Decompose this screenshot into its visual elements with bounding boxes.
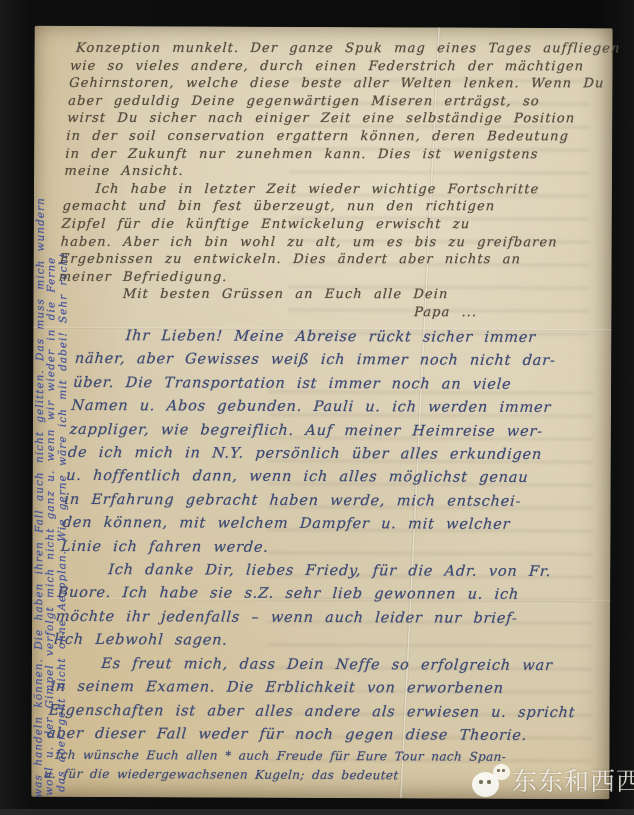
- letter-line: aber geduldig Deine gegenwärtigen Misere…: [68, 93, 614, 111]
- letter-line: in der soil conservation ergattern könne…: [66, 128, 612, 146]
- letter-line: haben. Aber ich bin wohl zu alt, um es b…: [60, 233, 606, 251]
- letter-line: lich Lebwohl sagen.: [53, 629, 615, 655]
- letter-line: Gehirnstoren, welche diese beste aller W…: [69, 75, 615, 93]
- letter-line: Linie ich fahren werde.: [60, 536, 622, 562]
- letter-line: u. hoffentlich dann, wenn ich alles mögl…: [65, 465, 627, 491]
- scanned-letter-page: das aber geht nicht ohne Aeroplan. Wie g…: [0, 0, 634, 815]
- letter-line: Zipfel für die künftige Entwickelung erw…: [61, 216, 607, 234]
- letter-line: in Erfahrung gebracht haben werde, mich …: [64, 489, 626, 515]
- letter-line: Ihr Lieben! Meine Abreise rückt sicher i…: [76, 325, 634, 351]
- letter-line: wie so vieles andere, durch einen Feders…: [70, 57, 616, 75]
- letter-line: Ich habe in letzter Zeit wieder wichtige…: [63, 181, 609, 199]
- scan-bottom-band: [0, 809, 634, 815]
- letter-line: de ich mich in N.Y. persönlich über alle…: [67, 442, 629, 468]
- letter-line: aber dieser Fall weder für noch gegen di…: [46, 723, 608, 749]
- letter-line: in seinem Examen. Die Erblichkeit von er…: [50, 676, 612, 702]
- letter-paper: das aber geht nicht ohne Aeroplan. Wie g…: [31, 26, 612, 800]
- watermark-text: 东东和西西: [512, 769, 634, 794]
- letter-bottom-blue-ink: Ihr Lieben! Meine Abreise rückt sicher i…: [43, 325, 634, 787]
- letter-line: möchte ihr jedenfalls – wenn auch leider…: [55, 606, 617, 632]
- letter-line: Ich danke Dir, liebes Friedy, für die Ad…: [58, 559, 620, 585]
- letter-line: meiner Befriedigung.: [58, 269, 604, 287]
- letter-line: in der Zukunft nur zunehmen kann. Dies i…: [65, 145, 611, 163]
- letter-top-dark-ink: Konzeption munkelt. Der ganze Spuk mag e…: [56, 40, 616, 322]
- letter-line: den können, mit welchem Dampfer u. mit w…: [62, 512, 624, 538]
- letter-line: Konzeption munkelt. Der ganze Spuk mag e…: [71, 40, 617, 58]
- letter-line: Ergebnissen zu entwickeln. Dies ändert a…: [59, 251, 605, 269]
- letter-signature: Papa ...: [56, 304, 602, 322]
- letter-line: meine Ansicht.: [64, 163, 610, 181]
- letter-line: zappliger, wie begreiflich. Auf meiner H…: [69, 419, 631, 445]
- watermark: 东东和西西: [470, 760, 634, 802]
- wechat-logo-icon: [470, 762, 512, 800]
- letter-line: gemacht und bin fest überzeugt, nun den …: [62, 198, 608, 216]
- chat-bubble-small: [493, 764, 510, 780]
- letter-closing: Mit besten Grüssen an Euch alle Dein: [57, 286, 603, 304]
- letter-line: Es freut mich, dass Dein Neffe so erfolg…: [51, 653, 613, 679]
- letter-line: Namen u. Abos gebunden. Pauli u. ich wer…: [70, 395, 632, 421]
- letter-line: über. Die Transportation ist immer noch …: [72, 372, 634, 398]
- letter-line: Eigenschaften ist aber alles andere als …: [48, 699, 610, 725]
- letter-line: näher, aber Gewisses weiß ich immer noch…: [74, 348, 634, 374]
- letter-line: wirst Du sicher nach einiger Zeit eine s…: [67, 110, 613, 128]
- letter-line: Buore. Ich habe sie s.Z. sehr lieb gewon…: [57, 582, 619, 608]
